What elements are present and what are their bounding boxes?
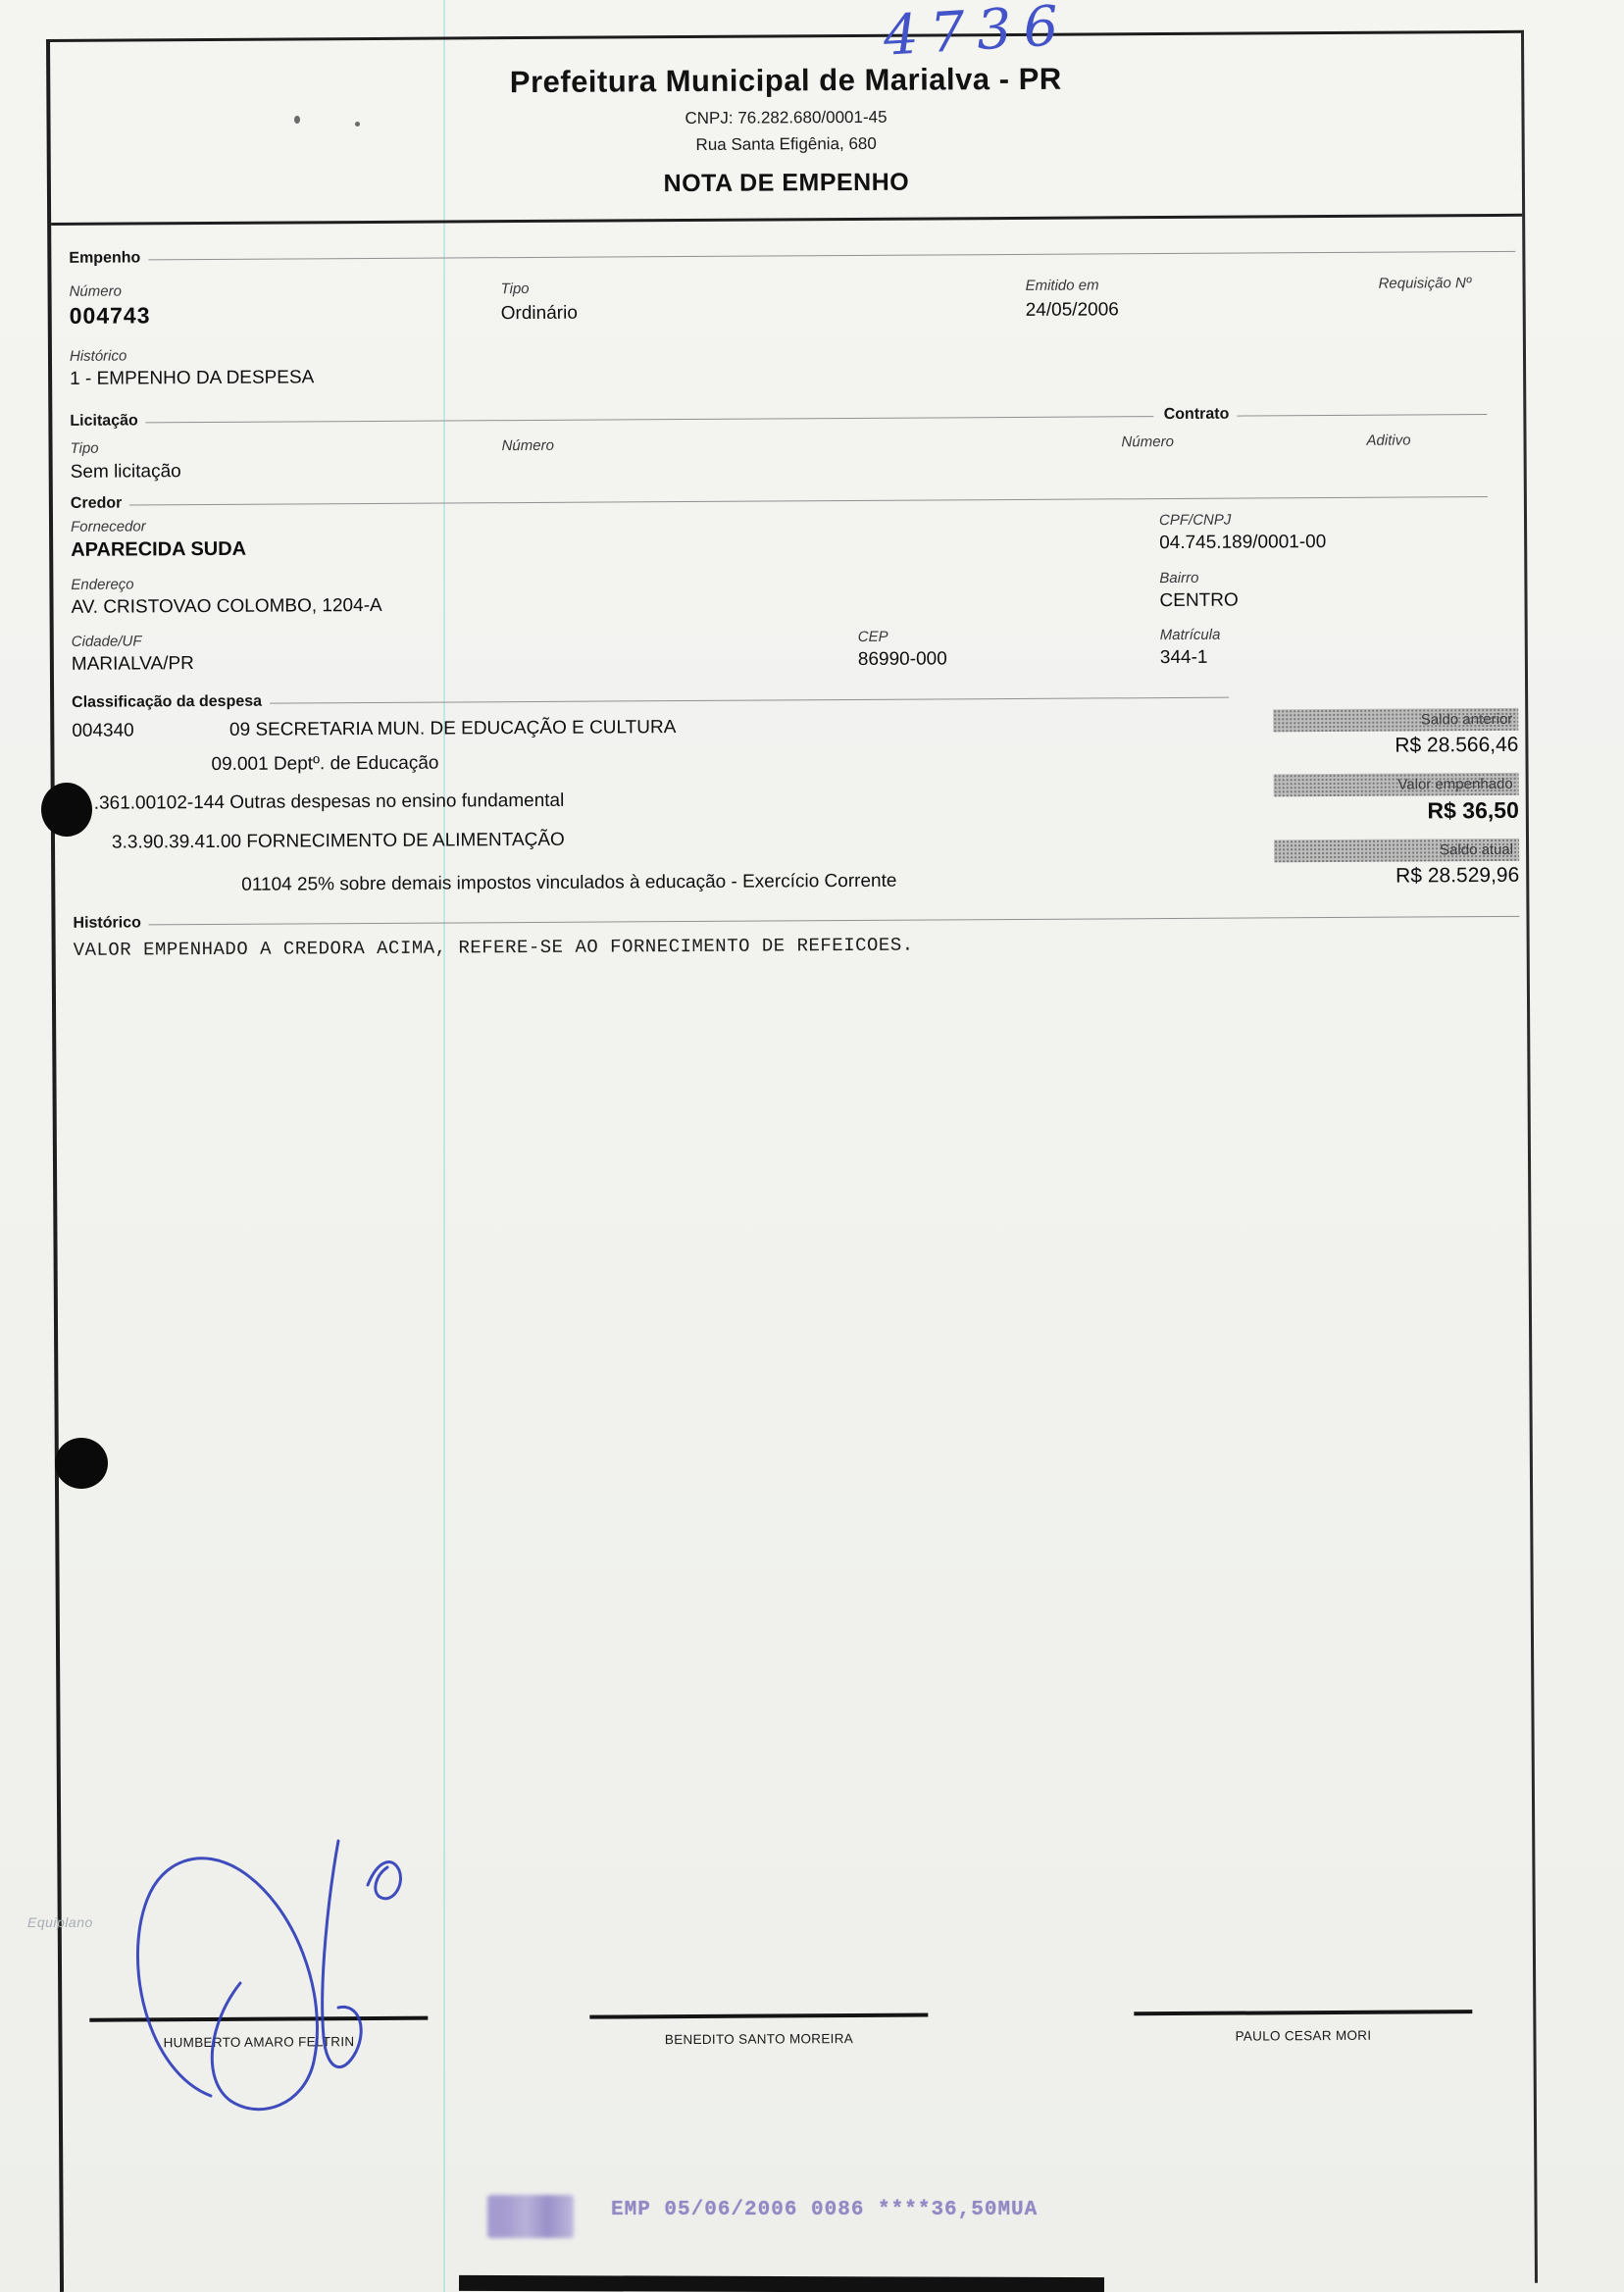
cidade-label: Cidade/UF — [72, 633, 142, 649]
stamp-logo-smudge — [487, 2195, 574, 2238]
contrato-aditivo-label: Aditivo — [1366, 433, 1410, 449]
section-credor-label: Credor — [71, 494, 130, 512]
signature-line — [1134, 2010, 1472, 2015]
fornecedor-value: APARECIDA SUDA — [71, 538, 246, 562]
section-historico-label: Histórico — [73, 914, 148, 932]
numero-value: 004743 — [70, 302, 151, 330]
contrato-numero-label: Número — [1121, 433, 1173, 450]
section-rule — [129, 496, 1488, 505]
hole-punch — [41, 783, 92, 837]
licitacao-numero-label: Número — [501, 437, 553, 454]
matricula-label: Matrícula — [1160, 627, 1221, 643]
section-empenho-label: Empenho — [69, 249, 148, 267]
section-rule — [149, 915, 1520, 925]
licitacao-tipo-label: Tipo — [70, 440, 98, 457]
hole-punch — [55, 1438, 108, 1489]
scanned-document-page: 4736 Prefeitura Municipal de Marialva - … — [0, 0, 1624, 2292]
emitido-value: 24/05/2006 — [1026, 299, 1119, 322]
emitido-label: Emitido em — [1026, 277, 1099, 293]
scan-edge-bar — [459, 2275, 1104, 2292]
historico-value: 1 - EMPENHO DA DESPESA — [70, 367, 314, 390]
system-watermark: Equiplano — [27, 1914, 93, 1930]
classificacao-row: 004340 09 SECRETARIA MUN. DE EDUCAÇÃO E … — [72, 717, 676, 742]
matricula-value: 344-1 — [1160, 647, 1208, 669]
handwritten-signature — [93, 1826, 485, 2130]
historico-texto: VALOR EMPENHADO A CREDORA ACIMA, REFERE-… — [74, 935, 914, 961]
historico-label: Histórico — [70, 348, 127, 365]
signature-line — [589, 2013, 928, 2019]
classificacao-codigo: 004340 — [72, 720, 134, 741]
tipo-value: Ordinário — [501, 303, 578, 325]
licitacao-tipo-value: Sem licitação — [71, 461, 181, 484]
classificacao-row: 01104 25% sobre demais impostos vinculad… — [241, 871, 896, 896]
section-rule — [270, 696, 1229, 703]
signature-name: BENEDITO SANTO MOREIRA — [589, 2031, 928, 2048]
section-rule — [146, 416, 1154, 423]
cpf-value: 04.745.189/0001-00 — [1159, 532, 1326, 554]
cep-label: CEP — [858, 629, 888, 645]
saldo-atual-badge: Saldo atual — [1274, 839, 1519, 863]
signature-name: PAULO CESAR MORI — [1134, 2027, 1472, 2044]
section-contrato-label: Contrato — [1154, 406, 1238, 425]
signature-block: PAULO CESAR MORI — [1134, 2010, 1472, 2044]
org-title: Prefeitura Municipal de Marialva - PR — [50, 59, 1521, 103]
endereco-label: Endereço — [71, 576, 133, 592]
section-rule — [148, 250, 1515, 260]
endereco-value: AV. CRISTOVAO COLOMBO, 1204-A — [71, 595, 381, 619]
cidade-value: MARIALVA/PR — [72, 653, 194, 676]
validation-stamp: EMP 05/06/2006 0086 ****36,50MUA — [487, 2195, 1038, 2238]
section-classificacao-label: Classificação da despesa — [72, 693, 270, 712]
bairro-value: CENTRO — [1159, 590, 1238, 612]
requisicao-label: Requisição Nº — [1378, 275, 1471, 292]
classificacao-row: 09.001 Deptº. de Educação — [211, 753, 438, 776]
fornecedor-label: Fornecedor — [71, 518, 146, 535]
saldo-anterior-badge: Saldo anterior — [1273, 708, 1518, 733]
signature-block: BENEDITO SANTO MOREIRA — [589, 2013, 928, 2048]
cpf-label: CPF/CNPJ — [1159, 512, 1231, 529]
org-address: Rua Santa Efigênia, 680 — [51, 130, 1522, 159]
tipo-label: Tipo — [501, 280, 530, 297]
stamp-text: EMP 05/06/2006 0086 ****36,50MUA — [611, 2199, 1038, 2221]
saldo-atual-value: R$ 28.529,96 — [1176, 864, 1519, 890]
doc-title: NOTA DE EMPENHO — [51, 165, 1522, 202]
saldo-anterior-value: R$ 28.566,46 — [1175, 734, 1518, 759]
valor-empenhado-badge: Valor empenhado — [1274, 773, 1519, 797]
classificacao-row: 3.3.90.39.41.00 FORNECIMENTO DE ALIMENTA… — [112, 830, 565, 854]
classificacao-descricao: 09 SECRETARIA MUN. DE EDUCAÇÃO E CULTURA — [229, 717, 677, 740]
section-licitacao-label: Licitação — [70, 412, 145, 430]
cep-value: 86990-000 — [858, 648, 947, 671]
numero-label: Número — [70, 283, 122, 300]
classificacao-row: .361.00102-144 Outras despesas no ensino… — [94, 790, 565, 815]
section-rule — [1237, 414, 1487, 417]
valor-empenhado-value: R$ 36,50 — [1176, 797, 1519, 826]
header-divider — [51, 214, 1522, 226]
bairro-label: Bairro — [1159, 570, 1198, 586]
org-cnpj: CNPJ: 76.282.680/0001-45 — [50, 104, 1521, 132]
